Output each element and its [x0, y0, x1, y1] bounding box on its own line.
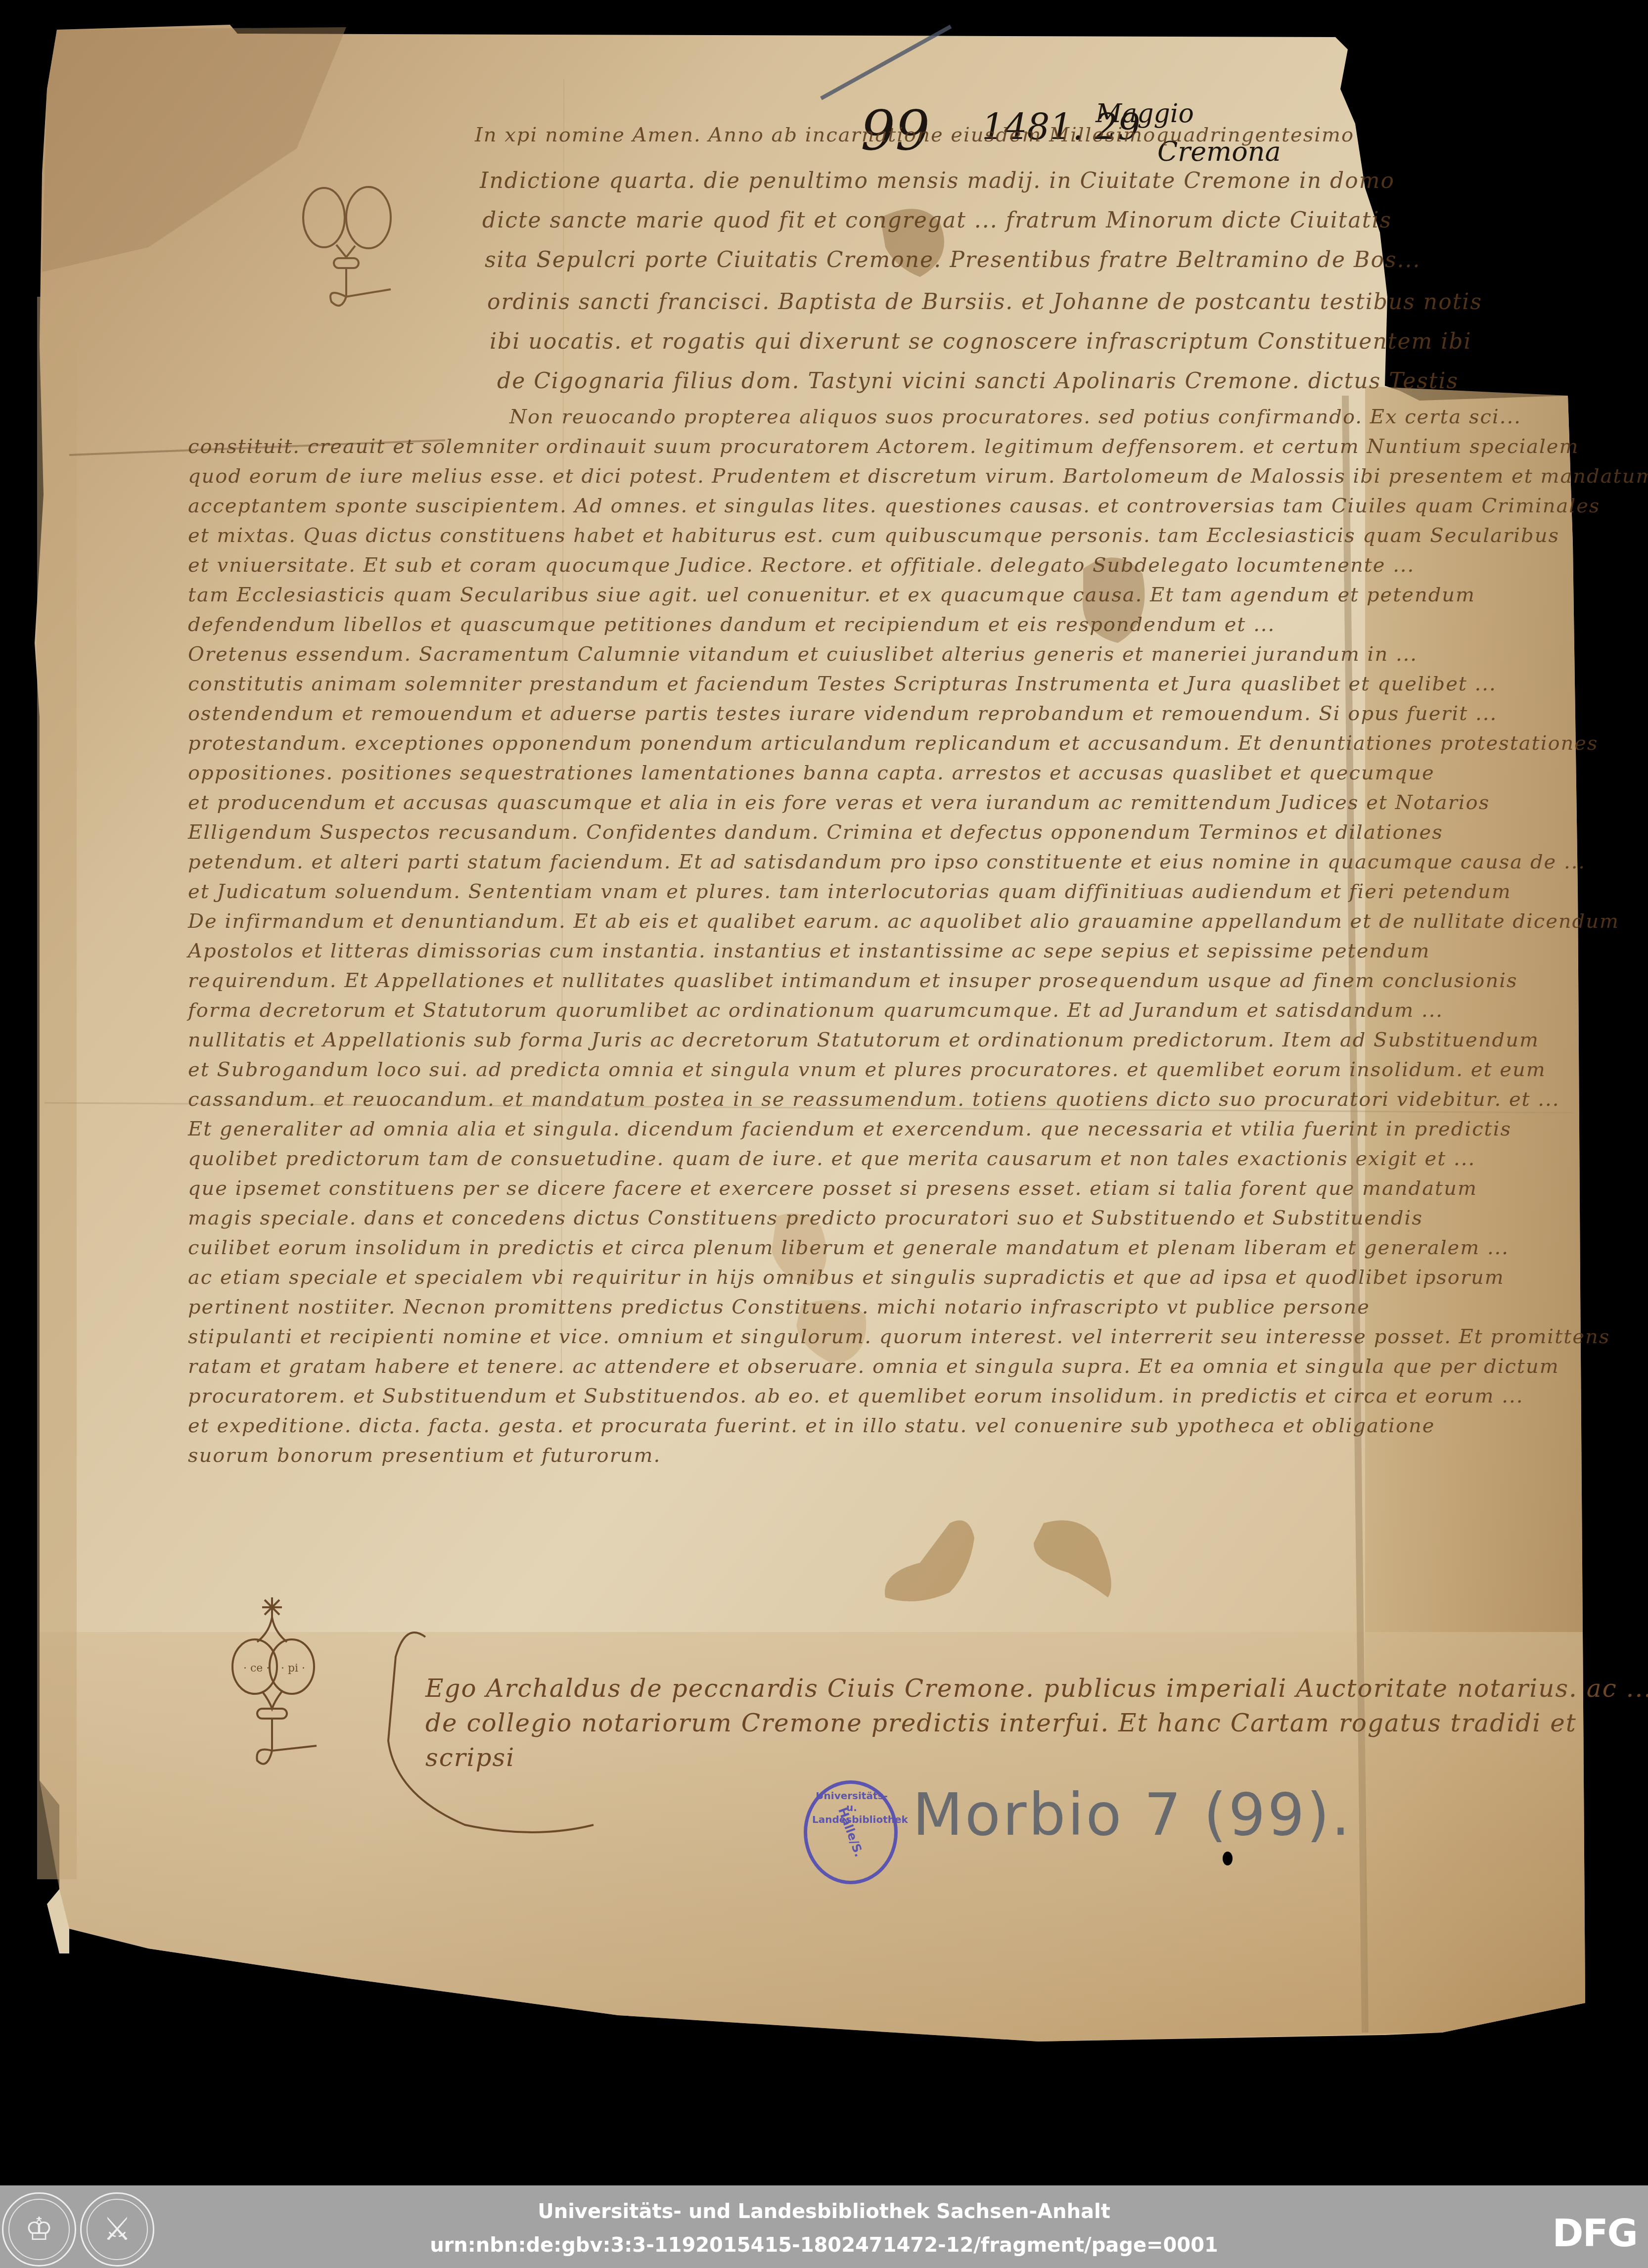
- text-line: quolibet predictorum tam de consuetudine…: [188, 1147, 1475, 1170]
- text-line: requirendum. Et Appellationes et nullita…: [188, 969, 1518, 992]
- subscription-line: Ego Archaldus de peccnardis Ciuis Cremon…: [425, 1674, 1648, 1703]
- notary-sign-initials-left: · ce ·: [243, 1662, 270, 1675]
- footer-bar: ♔ ⚔ Universitäts- und Landesbibliothek S…: [0, 2185, 1648, 2268]
- text-line: et producendum et accusas quascumque et …: [188, 791, 1490, 814]
- text-line: Non reuocando propterea aliquos suos pro…: [509, 406, 1521, 428]
- text-line: et Judicatum soluendum. Sententiam vnam …: [188, 880, 1511, 903]
- text-line: acceptantem sponte suscipientem. Ad omne…: [188, 495, 1600, 517]
- text-line: magis speciale. dans et concedens dictus…: [188, 1207, 1423, 1229]
- document-viewer: 99 1481. 29 Maggio Cremona In xpi nomine…: [0, 0, 1648, 2186]
- text-line: cassandum. et reuocandum. et mandatum po…: [188, 1088, 1560, 1111]
- text-line: Elligendum Suspectos recusandum. Confide…: [188, 821, 1443, 844]
- text-line: cuilibet eorum insolidum in predictis et…: [188, 1236, 1509, 1259]
- text-line: et vniuersitate. Et sub et coram quocumq…: [188, 554, 1415, 577]
- text-line: et mixtas. Quas dictus constituens habet…: [188, 524, 1559, 547]
- text-line: quod eorum de iure melius esse. et dici …: [188, 465, 1648, 488]
- text-line: Apostolos et litteras dimissorias cum in…: [188, 940, 1430, 962]
- text-line: tam Ecclesiasticis quam Secularibus siue…: [188, 584, 1475, 606]
- urn-identifier: urn:nbn:de:gbv:3:3-1192015415-1802471472…: [0, 2234, 1648, 2257]
- subscription-line: de collegio notariorum Cremone predictis…: [425, 1709, 1577, 1737]
- dfg-logo: DFG: [1553, 2211, 1637, 2255]
- text-line: ordinis sancti francisci. Baptista de Bu…: [487, 289, 1482, 315]
- text-line: et Subrogandum loco sui. ad predicta omn…: [188, 1058, 1546, 1081]
- text-line: ratam et gratam habere et tenere. ac att…: [188, 1355, 1559, 1378]
- text-line: de Cigognaria filius dom. Tastyni vicini…: [497, 368, 1459, 394]
- text-line: Et generaliter ad omnia alia et singula.…: [188, 1118, 1511, 1140]
- text-line: et expeditione. dicta. facta. gesta. et …: [188, 1414, 1435, 1437]
- text-line: protestandum. exceptiones opponendum pon…: [188, 732, 1598, 755]
- text-line: procuratorem. et Substituendum et Substi…: [188, 1385, 1523, 1407]
- text-line: constituit. creauit et solemniter ordina…: [188, 435, 1579, 458]
- library-stamp: Universitäts- u. Landesbibliothek Halle/…: [804, 1780, 898, 1884]
- text-line: pertinent nostiiter. Necnon promittens p…: [188, 1296, 1370, 1318]
- text-line: ac etiam speciale et specialem vbi requi…: [188, 1266, 1505, 1289]
- text-line: petendum. et alteri parti statum faciend…: [188, 851, 1586, 873]
- notary-sign-initials-right: · pi ·: [281, 1662, 305, 1675]
- text-line: suorum bonorum presentium et futurorum.: [188, 1444, 661, 1467]
- text-line: ibi uocatis. et rogatis qui dixerunt se …: [490, 329, 1472, 354]
- text-line: defendendum libellos et quascumque petit…: [188, 613, 1275, 636]
- subscription-line: scripsi: [425, 1743, 515, 1772]
- text-line: constitutis animam solemniter prestandum…: [188, 673, 1497, 695]
- text-line: Indictione quarta. die penultimo mensis …: [480, 168, 1395, 193]
- text-line: que ipsemet constituens per se dicere fa…: [188, 1177, 1477, 1200]
- text-line: ostendendum et remouendum et aduerse par…: [188, 702, 1497, 725]
- text-line: sita Sepulcri porte Ciuitatis Cremone. P…: [485, 247, 1420, 272]
- notary-sign-bottom: · ce · · pi ·: [208, 1592, 336, 1800]
- institution-name: Universitäts- und Landesbibliothek Sachs…: [0, 2200, 1648, 2223]
- text-line: In xpi nomine Amen. Anno ab incarnatione…: [475, 124, 1354, 146]
- text-line: forma decretorum et Statutorum quorumlib…: [188, 999, 1443, 1022]
- shelfmark: Morbio 7 (99).: [913, 1780, 1352, 1849]
- text-line: De infirmandum et denuntiandum. Et ab ei…: [188, 910, 1619, 933]
- text-line: Oretenus essendum. Sacramentum Calumnie …: [188, 643, 1418, 666]
- text-line: nullitatis et Appellationis sub forma Ju…: [188, 1029, 1539, 1051]
- text-line: stipulanti et recipienti nomine et vice.…: [188, 1325, 1610, 1348]
- text-line: oppositiones. positiones sequestrationes…: [188, 762, 1435, 784]
- text-line: dicte sancte marie quod fit et congregat…: [482, 208, 1392, 233]
